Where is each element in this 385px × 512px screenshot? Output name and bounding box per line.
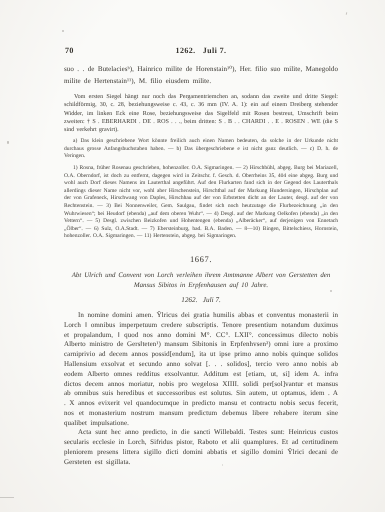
previous-entry-text-end: suo . . de Butelaciesᵇ), Hainrico milite… bbox=[64, 64, 338, 87]
footnotes-numbers: 1) Rosna, früher Rosenau geschrieben, ho… bbox=[64, 165, 338, 241]
entry-date: 1262. Juli 7. bbox=[64, 296, 338, 304]
page-header: 70 1262. Juli 7. bbox=[64, 46, 338, 57]
scan-speckle bbox=[346, 12, 348, 15]
book-page: 70 1262. Juli 7. suo . . de Butelaciesᵇ)… bbox=[0, 0, 385, 512]
page-number: 70 bbox=[65, 46, 74, 55]
entry-number-heading: 1667. bbox=[64, 254, 338, 264]
entry-regest: Abt Ulrich und Convent von Lorch verleih… bbox=[64, 271, 338, 292]
scan-speckle bbox=[62, 30, 64, 32]
scan-speckle bbox=[7, 141, 9, 144]
charter-text-paragraph: In nomine domini amen. Ŷlricus dei grati… bbox=[64, 311, 338, 429]
charter-attestation-paragraph: Acta sunt hec anno predicto, in die sanc… bbox=[64, 428, 338, 467]
scan-edge-mark bbox=[0, 497, 14, 498]
scan-speckle bbox=[330, 290, 332, 292]
seal-description-note: Vom ersten Siegel hängt nur noch das Per… bbox=[64, 93, 338, 134]
running-head: 1262. Juli 7. bbox=[176, 46, 227, 55]
scan-speckle bbox=[222, 464, 223, 466]
footnotes-letters: a) Das klein geschriebene Wort könnte fr… bbox=[64, 138, 338, 161]
